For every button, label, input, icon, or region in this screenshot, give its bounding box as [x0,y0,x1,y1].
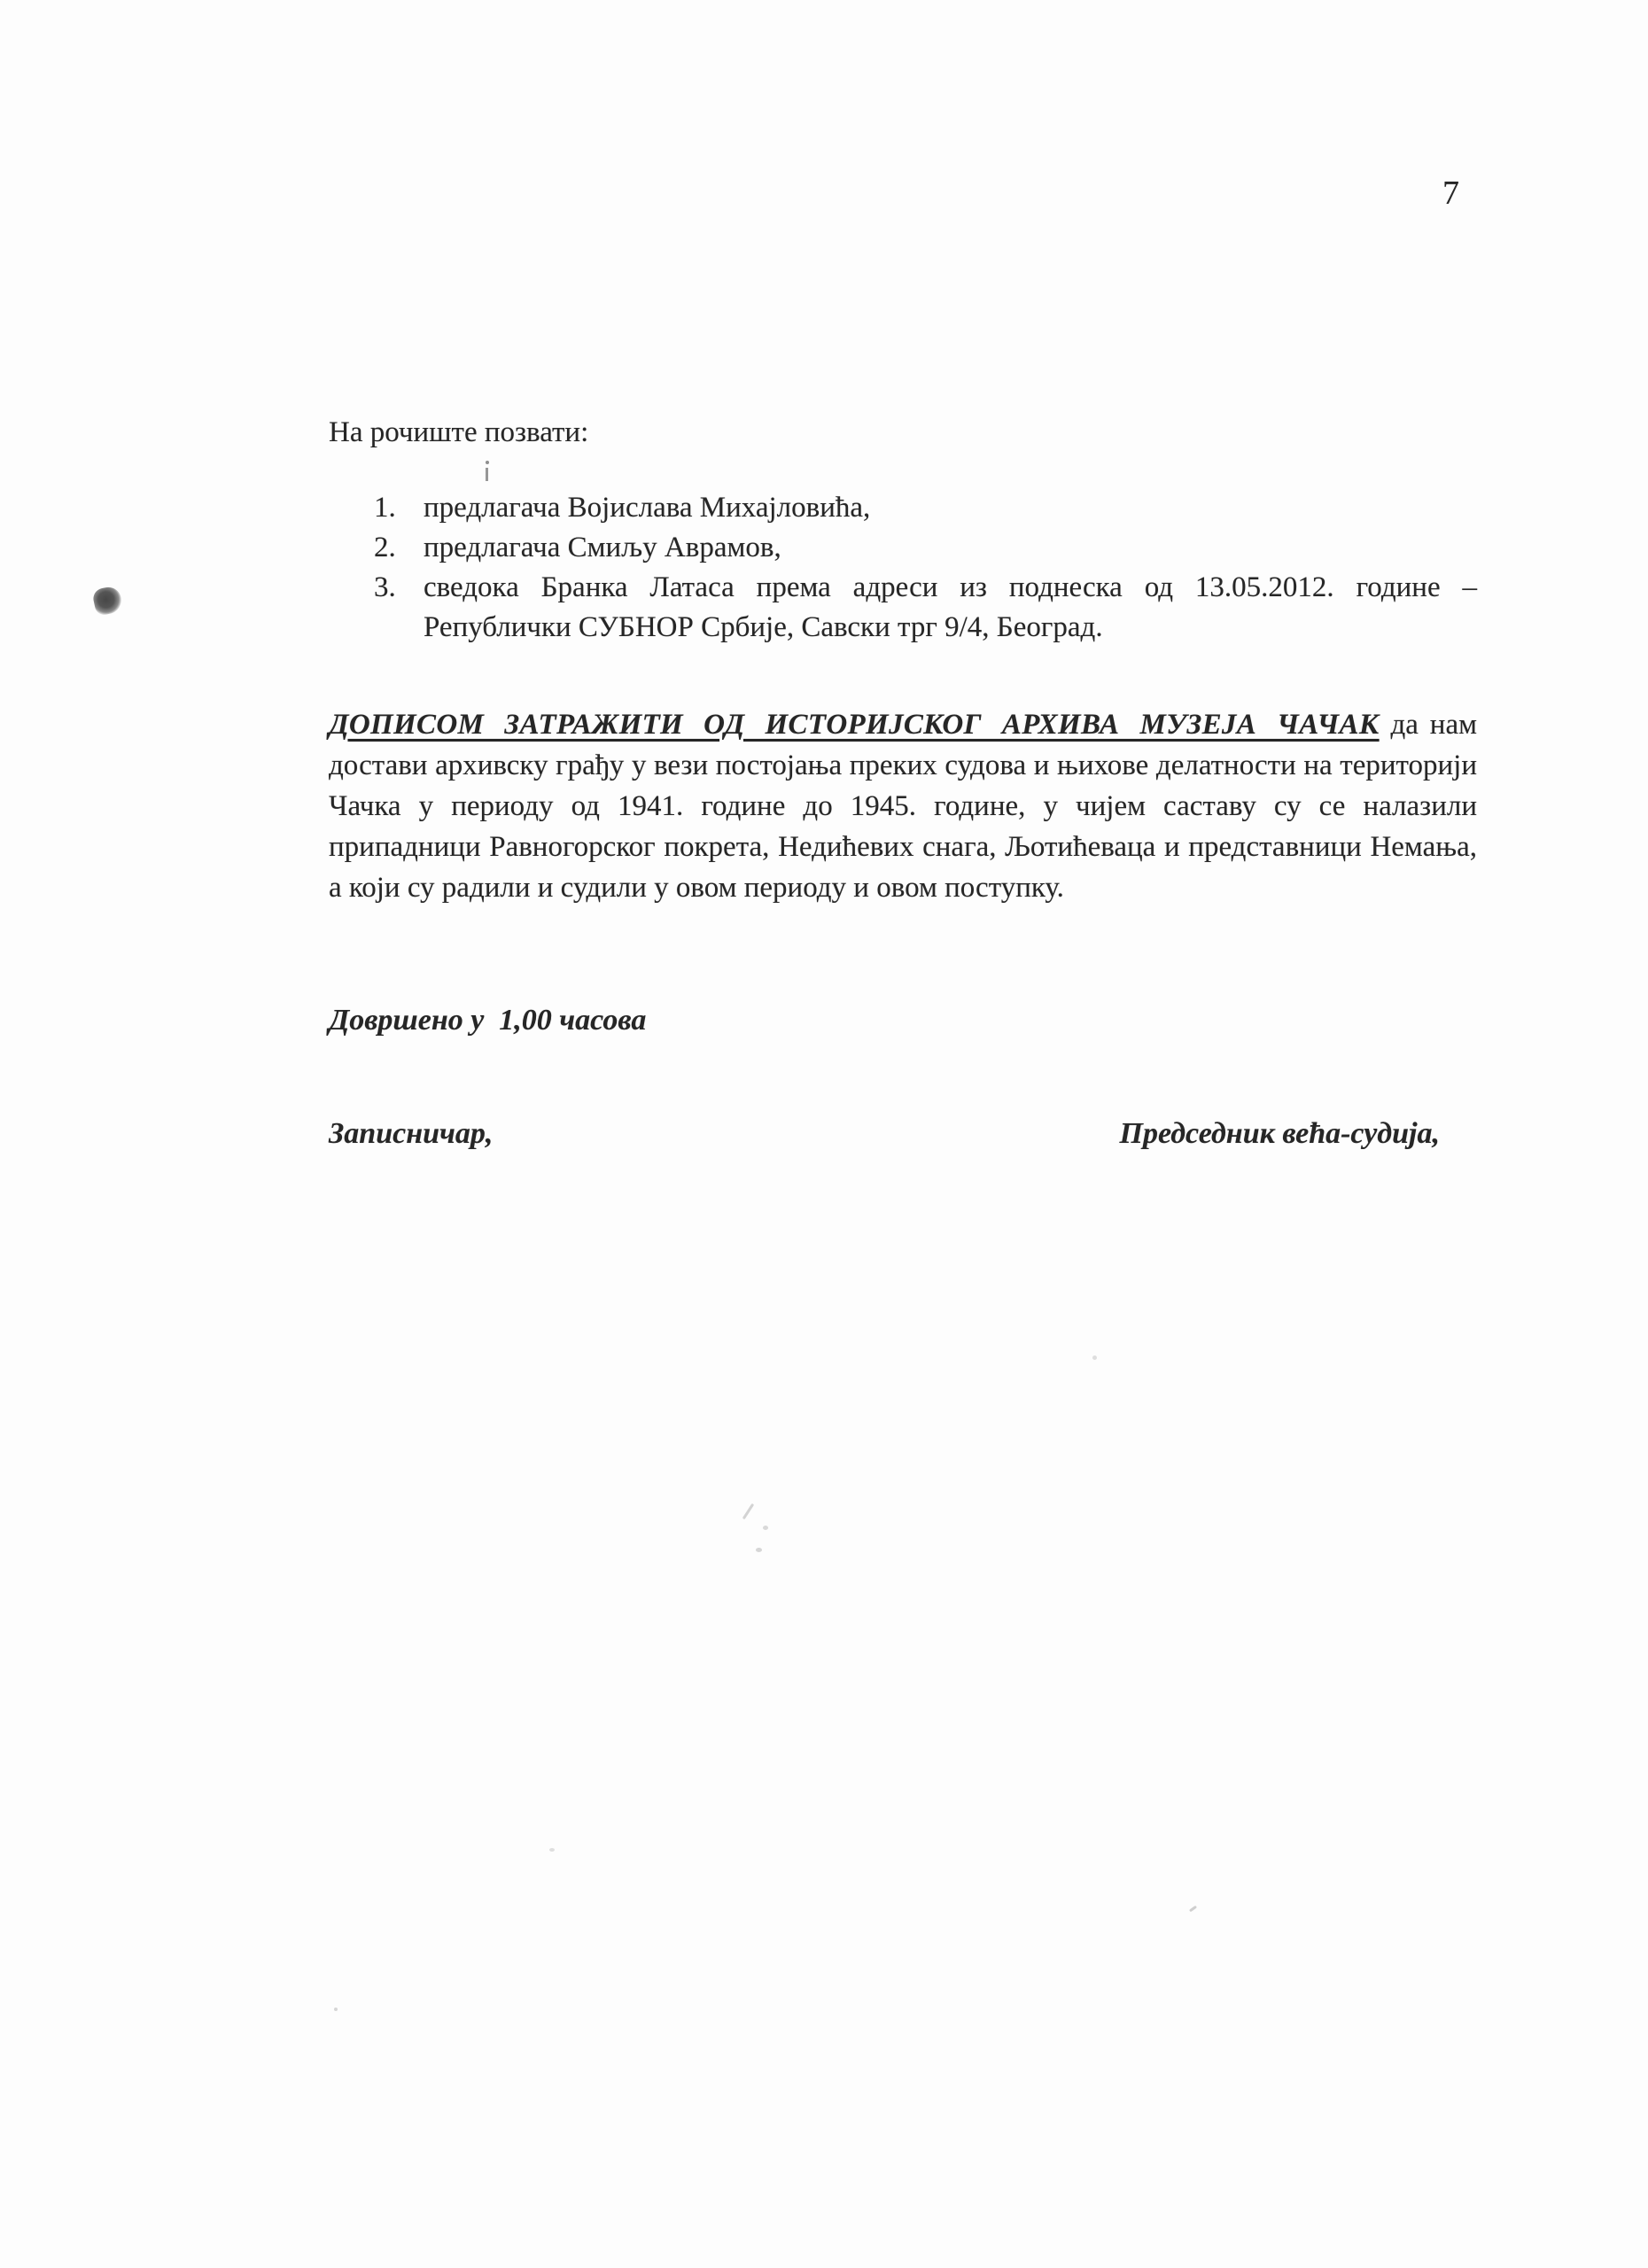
list-item: 1. предлагача Војислава Михајловића, [329,488,1477,528]
scan-speck-stem [486,468,488,481]
list-item-number: 3. [374,568,424,648]
scan-speck-dot [486,461,489,464]
scan-smudge-blob [91,585,124,617]
signature-judge-label: Председник већа-судија, [1120,1117,1441,1151]
scan-speck [334,2008,338,2011]
scan-speck [742,1503,754,1519]
scanned-document-page: 7 На рочиште позвати: 1. предлагача Воји… [0,0,1648,2268]
list-item-text: предлагача Смиљу Аврамов, [424,528,1477,568]
archive-request-paragraph: ДОПИСОМ ЗАТРАЖИТИ ОД ИСТОРИЈСКОГ АРХИВА … [329,704,1477,908]
scan-speck [763,1526,768,1530]
scan-speck [549,1848,555,1852]
scan-speck [1092,1355,1097,1360]
list-item: 3. сведока Бранка Латаса према адреси из… [329,568,1477,648]
hearing-summons-heading: На рочиште позвати: [329,416,588,449]
completion-time-line: Довршено у 1,00 часова [329,1004,646,1037]
page-number: 7 [1442,174,1459,213]
scan-speck [1189,1906,1197,1913]
scan-speck [756,1548,762,1552]
signature-clerk-label: Записничар, [329,1117,493,1151]
archive-request-lead: ДОПИСОМ ЗАТРАЖИТИ ОД ИСТОРИЈСКОГ АРХИВА … [329,709,1380,741]
hearing-invite-list: 1. предлагача Војислава Михајловића, 2. … [329,488,1477,648]
list-item: 2. предлагача Смиљу Аврамов, [329,528,1477,568]
list-item-text: предлагача Војислава Михајловића, [424,488,1477,528]
list-item-number: 1. [374,488,424,528]
scan-speck-i-mark [486,461,489,482]
list-item-number: 2. [374,528,424,568]
signature-row: Записничар, Председник већа-судија, [329,1117,1440,1151]
list-item-text: сведока Бранка Латаса према адреси из по… [424,568,1477,648]
